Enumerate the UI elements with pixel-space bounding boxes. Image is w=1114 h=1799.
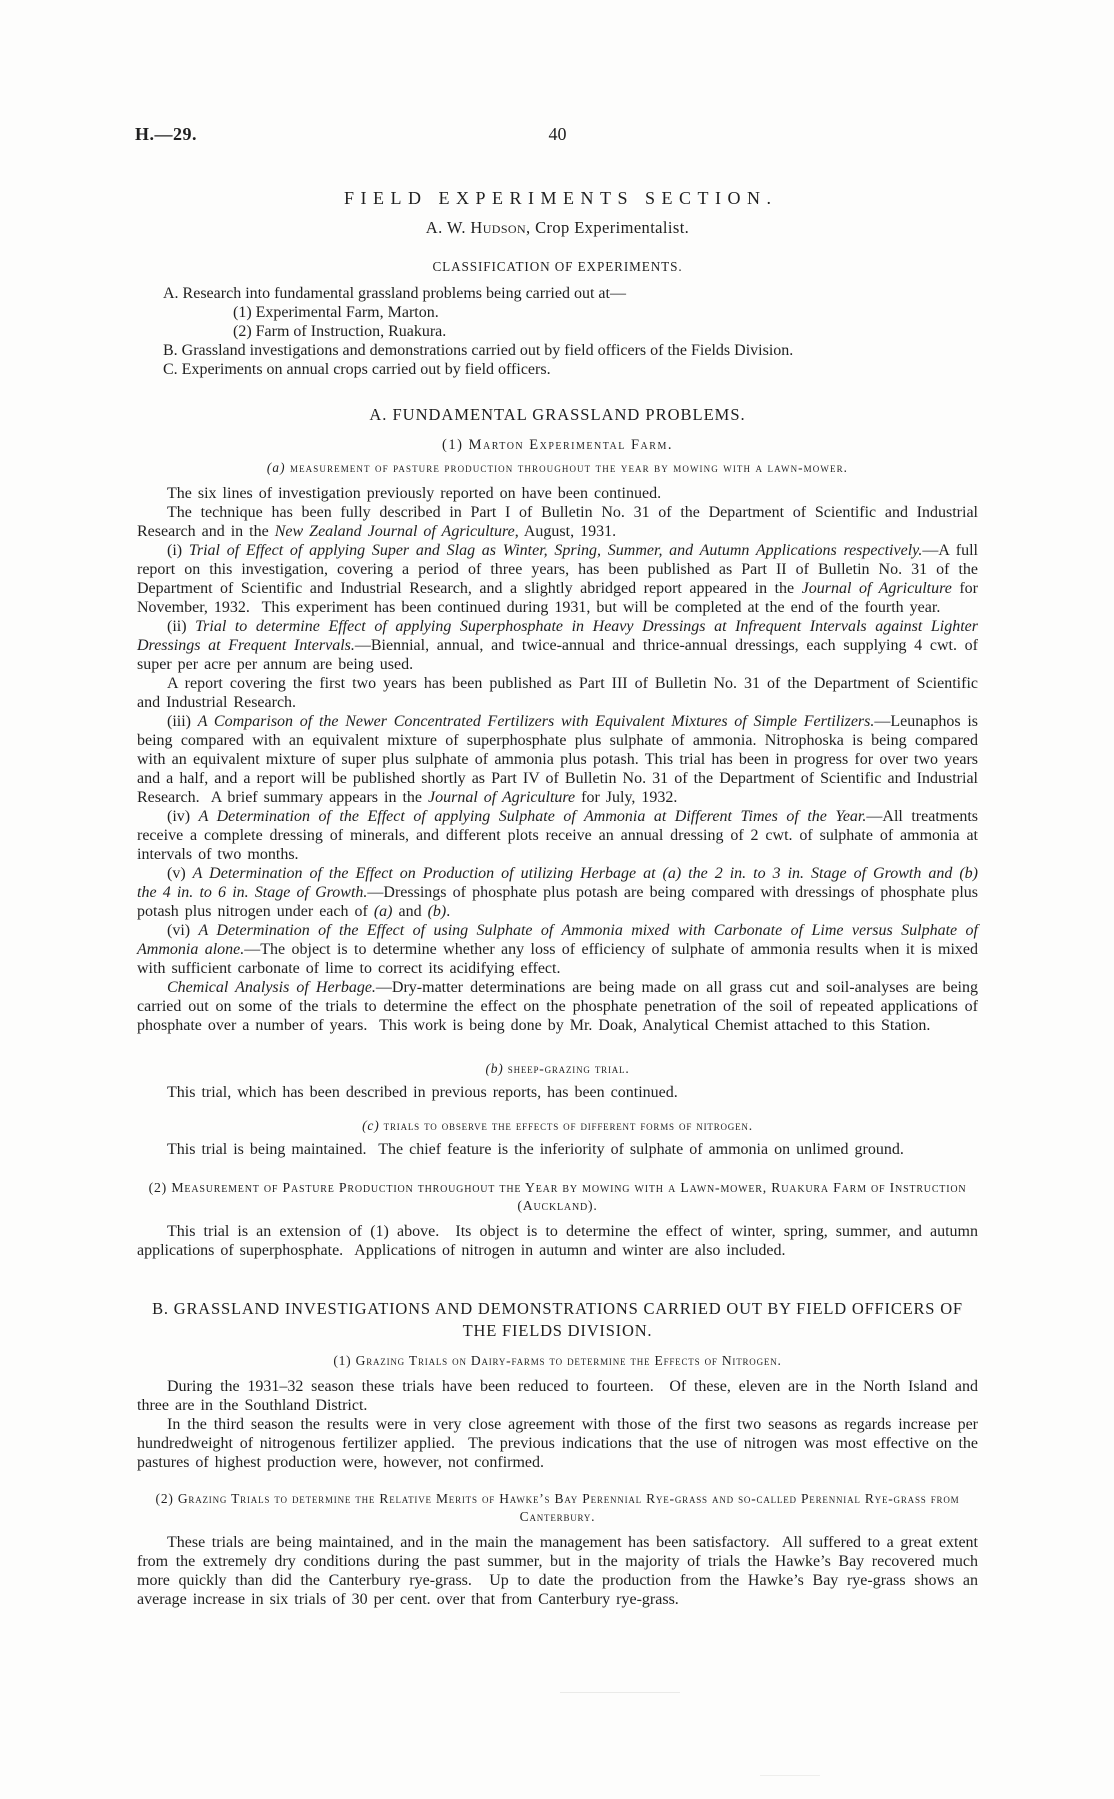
- page-number: 40: [137, 124, 978, 145]
- classification-item-a: A. Research into fundamental grassland p…: [137, 284, 978, 303]
- section-title: FIELD EXPERIMENTS SECTION.: [137, 188, 978, 209]
- classification-item-b: B. Grassland investigations and demonstr…: [137, 341, 978, 360]
- classification-heading: CLASSIFICATION OF EXPERIMENTS.: [137, 259, 978, 275]
- para-trial-v: (v) A Determination of the Effect on Pro…: [137, 864, 978, 921]
- marton-farm-heading: (1) Marton Experimental Farm.: [137, 437, 978, 454]
- para-technique: The technique has been fully described i…: [137, 503, 978, 541]
- scan-artifact: [760, 1775, 820, 1776]
- para-grazing-trials-2: These trials are being maintained, and i…: [137, 1533, 978, 1609]
- para-grazing-trials-1b: In the third season the results were in …: [137, 1415, 978, 1472]
- text-column: H.—29. 40 FIELD EXPERIMENTS SECTION. A. …: [137, 0, 978, 1609]
- para-nitrogen-forms: This trial is being maintained. The chie…: [137, 1140, 978, 1159]
- scan-artifact: [560, 1692, 680, 1693]
- ruakura-measurement-heading: (2) Measurement of Pasture Production th…: [137, 1179, 978, 1215]
- section-a-heading: A. FUNDAMENTAL GRASSLAND PROBLEMS.: [137, 405, 978, 425]
- grazing-trials-nitrogen-heading: (1) Grazing Trials on Dairy-farms to det…: [137, 1352, 978, 1370]
- para-grazing-trials-1a: During the 1931–32 season these trials h…: [137, 1377, 978, 1415]
- para-trial-iii: (iii) A Comparison of the Newer Concentr…: [137, 712, 978, 807]
- page-header: H.—29. 40: [137, 124, 978, 146]
- section-b-heading: B. GRASSLAND INVESTIGATIONS AND DEMONSTR…: [137, 1298, 978, 1342]
- para-sheep-grazing: This trial, which has been described in …: [137, 1083, 978, 1102]
- byline: A. W. Hudson, Crop Experimentalist.: [137, 218, 978, 238]
- classification-item-a2: (2) Farm of Instruction, Ruakura.: [137, 322, 978, 341]
- nitrogen-forms-heading: (c) trials to observe the effects of dif…: [137, 1118, 978, 1134]
- para-trial-ii: (ii) Trial to determine Effect of applyi…: [137, 617, 978, 674]
- classification-list: A. Research into fundamental grassland p…: [137, 284, 978, 379]
- para-trial-vi: (vi) A Determination of the Effect of us…: [137, 921, 978, 978]
- sheep-grazing-heading: (b) sheep-grazing trial.: [137, 1061, 978, 1077]
- mowing-measurement-heading: (a) measurement of pasture production th…: [137, 460, 978, 476]
- classification-item-a1: (1) Experimental Farm, Marton.: [137, 303, 978, 322]
- para-trial-i: (i) Trial of Effect of applying Super an…: [137, 541, 978, 617]
- grazing-trials-ryegrass-heading: (2) Grazing Trials to determine the Rela…: [137, 1490, 978, 1526]
- para-six-lines: The six lines of investigation previousl…: [137, 484, 978, 503]
- para-trial-iv: (iv) A Determination of the Effect of ap…: [137, 807, 978, 864]
- document-page: H.—29. 40 FIELD EXPERIMENTS SECTION. A. …: [0, 0, 1114, 1799]
- classification-item-c: C. Experiments on annual crops carried o…: [137, 360, 978, 379]
- para-report-two-years: A report covering the first two years ha…: [137, 674, 978, 712]
- para-ruakura: This trial is an extension of (1) above.…: [137, 1222, 978, 1260]
- para-chemical-analysis: Chemical Analysis of Herbage.—Dry-matter…: [137, 978, 978, 1035]
